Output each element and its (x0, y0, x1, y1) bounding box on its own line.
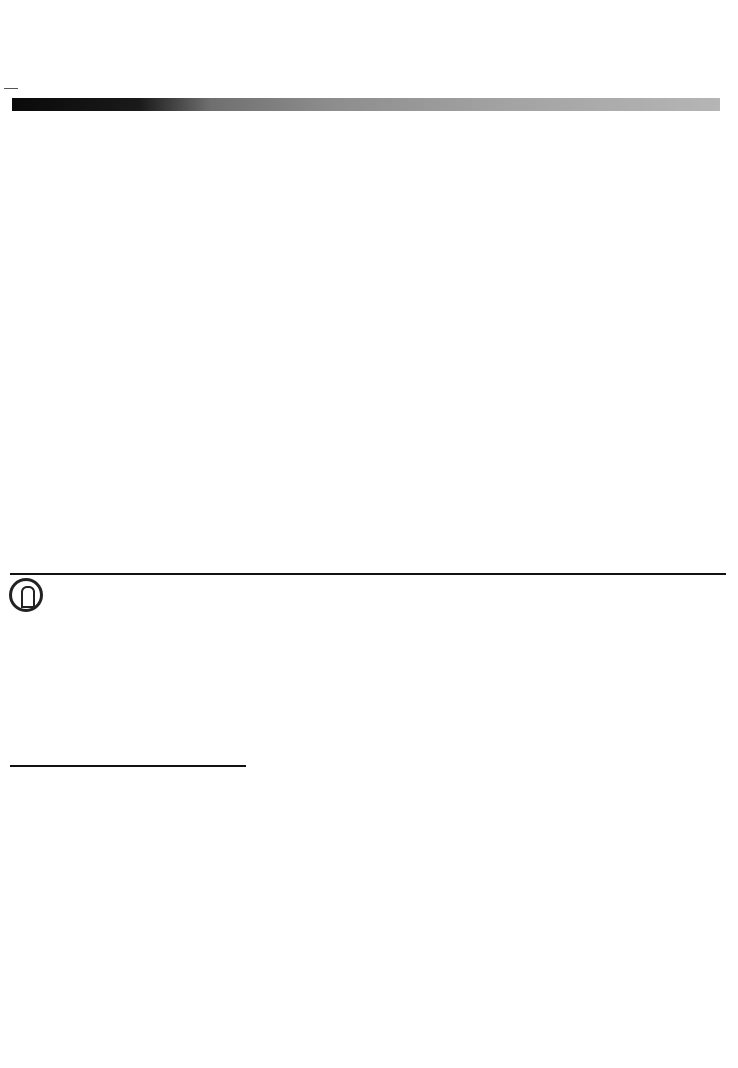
bondsnieuws-masthead (8, 578, 44, 612)
bondsnieuws-logo-icon (9, 578, 43, 612)
crop-mark (4, 88, 18, 89)
divider-rule (10, 573, 726, 575)
header-banner (12, 98, 720, 111)
article-column-4 (546, 116, 724, 132)
divider-rule (10, 765, 246, 767)
article-column-1 (12, 116, 184, 129)
